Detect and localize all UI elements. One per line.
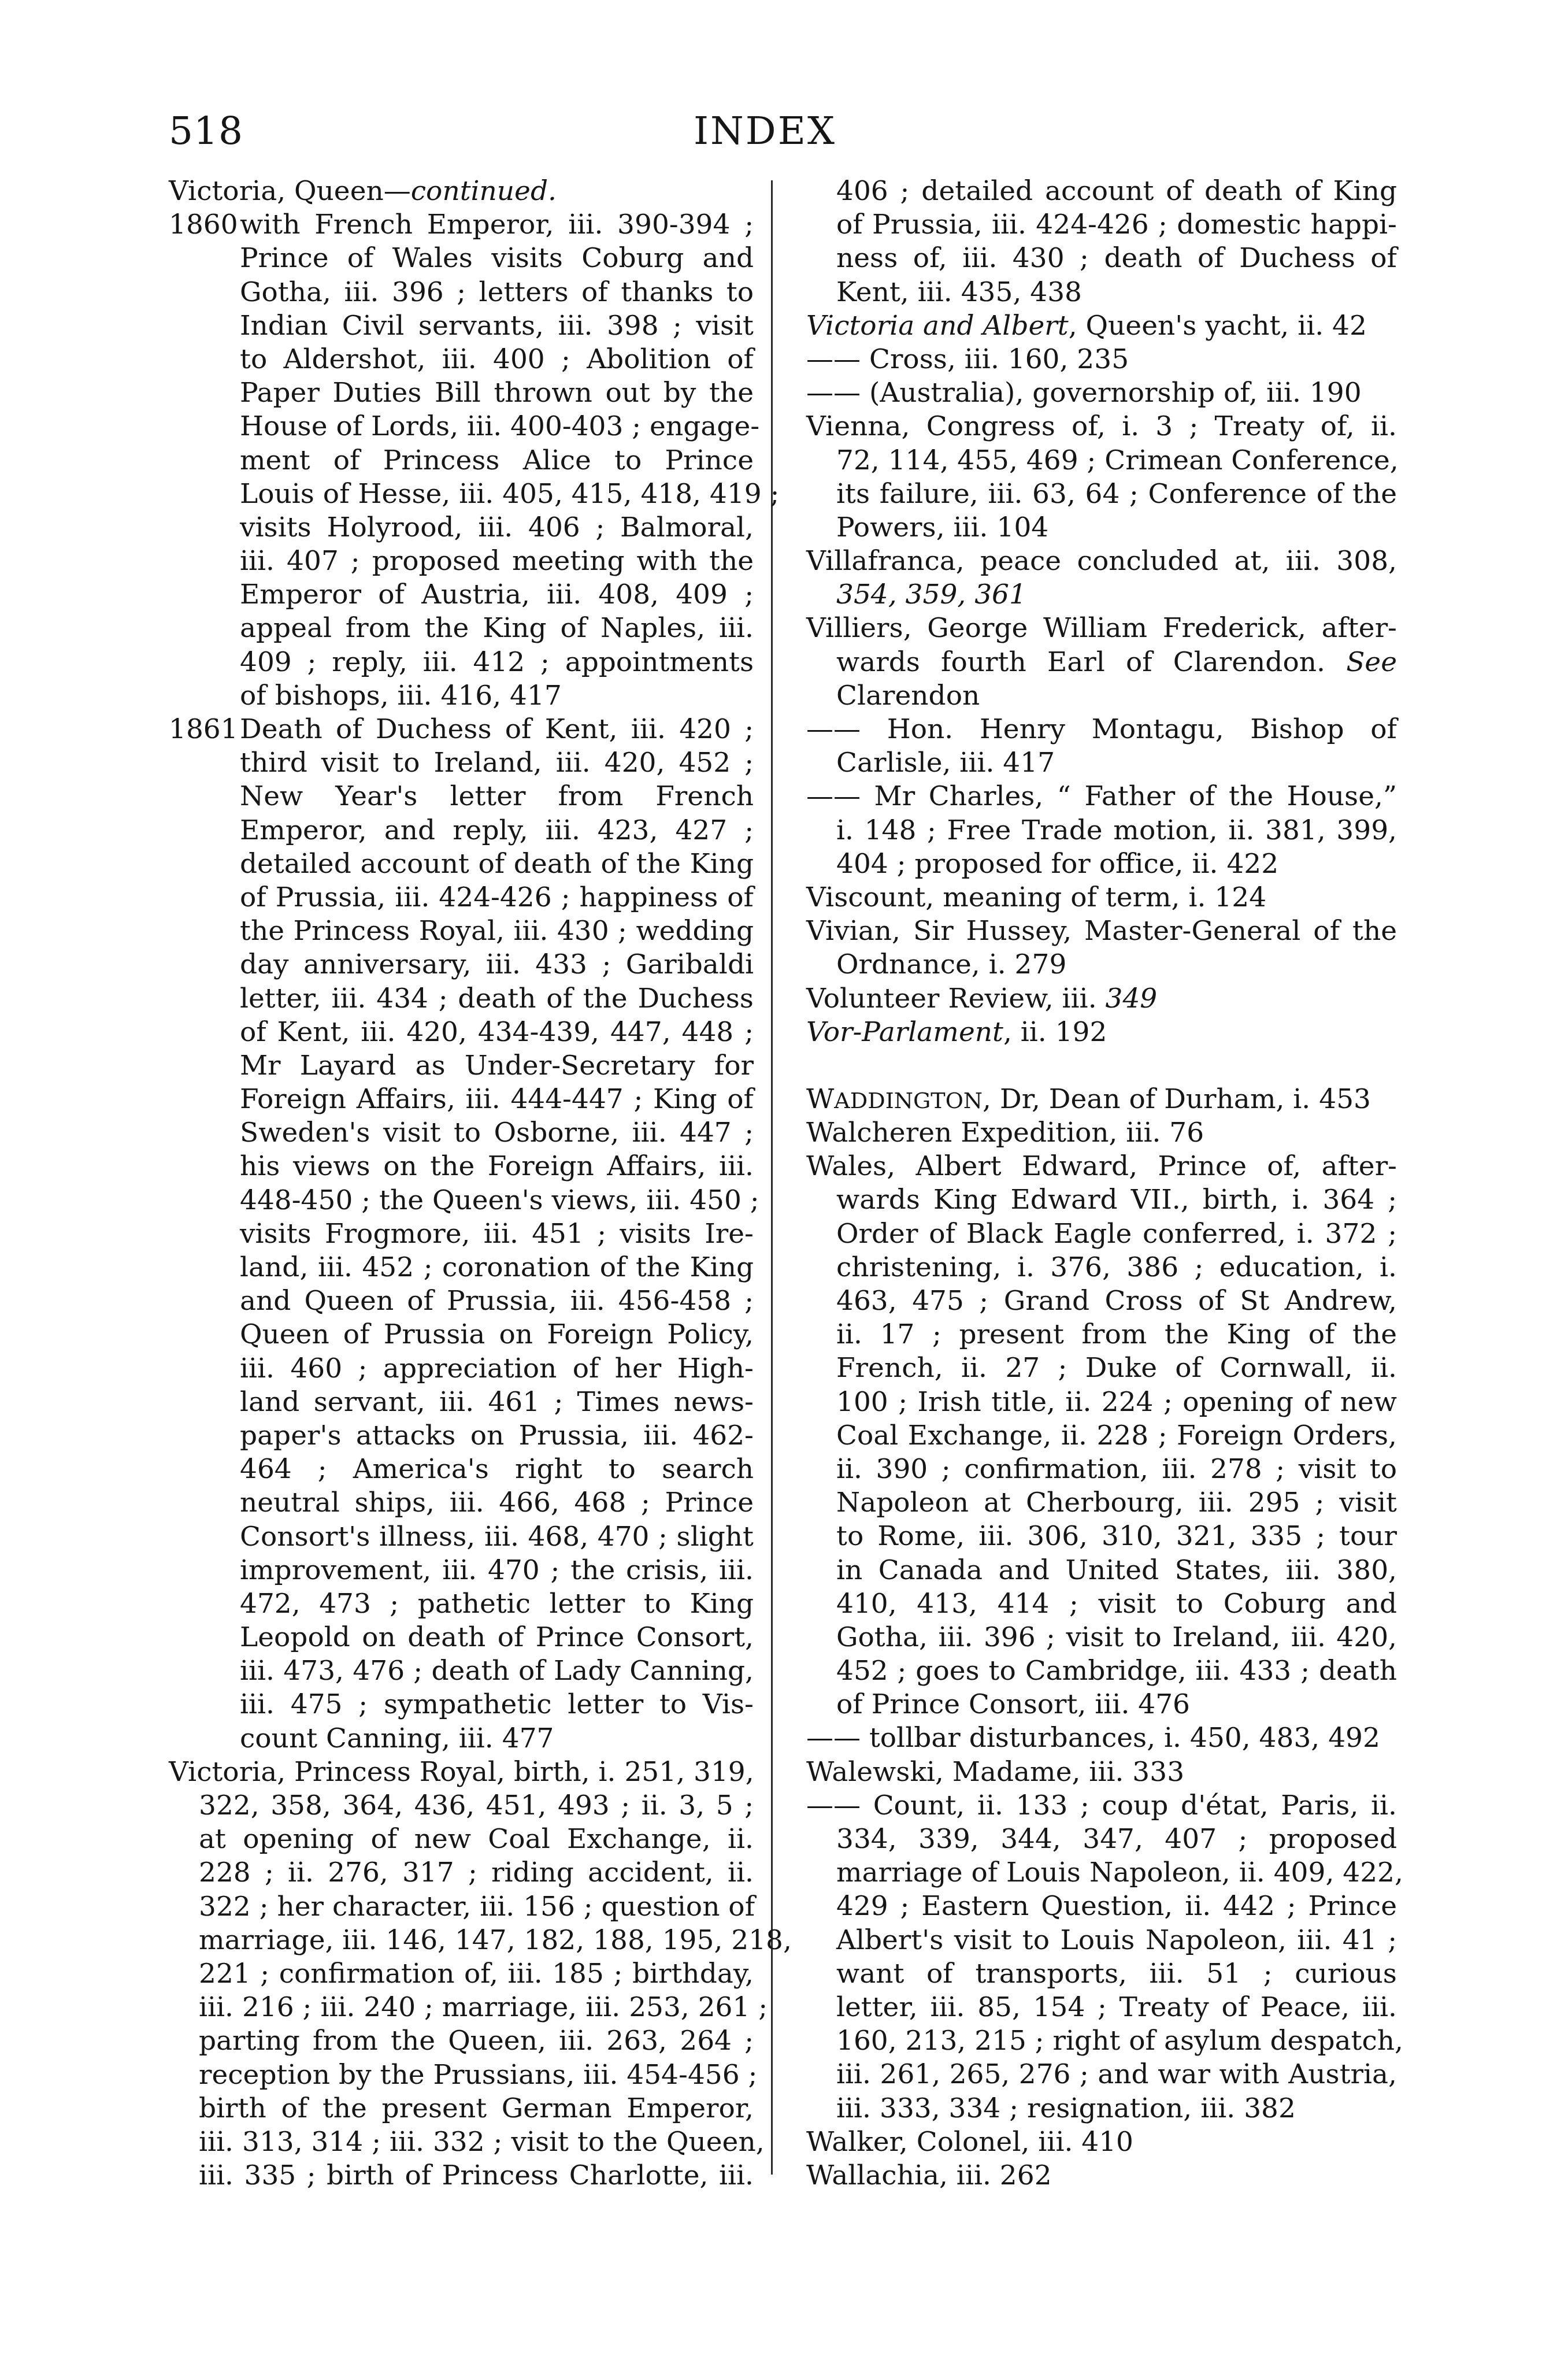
entry-sub-australia: —— (Australia), governorship of, iii. 19… <box>806 376 1397 410</box>
index-line: in Canada and United States, iii. 380, <box>806 1554 1397 1587</box>
index-line: 354, 359, 361 <box>806 578 1397 612</box>
index-line: to Aldershot, iii. 400 ; Abolition of <box>169 343 754 376</box>
index-line: of Prussia, iii. 424-426 ; happiness of <box>169 881 754 914</box>
index-line: of Prince Consort, iii. 476 <box>806 1688 1397 1721</box>
entry-vivian: Vivian, Sir Hussey, Master-General of th… <box>806 914 1397 948</box>
index-line: count Canning, iii. 477 <box>169 1722 754 1755</box>
index-line: Mr Layard as Under-Secretary for <box>169 1049 754 1083</box>
index-line: 463, 475 ; Grand Cross of St Andrew, <box>806 1284 1397 1318</box>
index-line: wards King Edward VII., birth, i. 364 ; <box>806 1183 1397 1217</box>
index-line: Ordnance, i. 279 <box>806 948 1397 982</box>
index-line: 228 ; ii. 276, 317 ; riding accident, ii… <box>169 1856 754 1890</box>
index-line: marriage, iii. 146, 147, 182, 188, 195, … <box>169 1924 754 1957</box>
index-line: letter, iii. 434 ; death of the Duchess <box>169 982 754 1016</box>
index-line: Consort's illness, iii. 468, 470 ; sligh… <box>169 1520 754 1554</box>
index-line: Powers, iii. 104 <box>806 511 1397 545</box>
entry-sub-mr-charles: —— Mr Charles, “ Father of the House,” <box>806 780 1397 813</box>
entry-walker: Walker, Colonel, iii. 410 <box>806 2125 1397 2159</box>
index-line: House of Lords, iii. 400-403 ; engage- <box>169 410 754 443</box>
index-line: 100 ; Irish title, ii. 224 ; opening of … <box>806 1386 1397 1419</box>
entry-walewski-madame: Walewski, Madame, iii. 333 <box>806 1755 1397 1789</box>
index-line: iii. 333, 334 ; resignation, iii. 382 <box>806 2092 1397 2125</box>
entry-victoria-and-albert: Victoria and Albert, Queen's yacht, ii. … <box>806 309 1397 343</box>
index-line: Paper Duties Bill thrown out by the <box>169 376 754 410</box>
entry-sub-henry-montagu: —— Hon. Henry Montagu, Bishop of <box>806 713 1397 746</box>
index-line: appeal from the King of Naples, iii. <box>169 612 754 645</box>
index-line: third visit to Ireland, iii. 420, 452 ; <box>169 746 754 780</box>
index-line: Queen of Prussia on Foreign Policy, <box>169 1318 754 1351</box>
index-line: letter, iii. 85, 154 ; Treaty of Peace, … <box>806 1991 1397 2024</box>
index-line: ment of Princess Alice to Prince <box>169 444 754 477</box>
index-line: his views on the Foreign Affairs, iii. <box>169 1150 754 1183</box>
index-line: visits Holyrood, iii. 406 ; Balmoral, <box>169 511 754 545</box>
index-line: 464 ; America's right to search <box>169 1453 754 1486</box>
index-line: marriage of Louis Napoleon, ii. 409, 422… <box>806 1856 1397 1890</box>
index-line: Prince of Wales visits Coburg and <box>169 242 754 275</box>
index-line: 160, 213, 215 ; right of asylum despatch… <box>806 2024 1397 2058</box>
entry-villafranca: Villafranca, peace concluded at, iii. 30… <box>806 545 1397 578</box>
entry-walcheren: Walcheren Expedition, iii. 76 <box>806 1116 1397 1150</box>
entry-wales: Wales, Albert Edward, Prince of, after- <box>806 1150 1397 1183</box>
right-column: 406 ; detailed account of death of King … <box>806 175 1397 2192</box>
index-line: Coal Exchange, ii. 228 ; Foreign Orders, <box>806 1419 1397 1453</box>
index-line: parting from the Queen, iii. 263, 264 ; <box>169 2024 754 2058</box>
year-1861-line: 1861Death of Duchess of Kent, iii. 420 ; <box>169 713 754 746</box>
index-line: at opening of new Coal Exchange, ii. <box>169 1823 754 1856</box>
index-line: of Kent, iii. 420, 434-439, 447, 448 ; <box>169 1016 754 1049</box>
index-line: want of transports, iii. 51 ; curious <box>806 1957 1397 1991</box>
index-line: 448-450 ; the Queen's views, iii. 450 ; <box>169 1184 754 1217</box>
index-line: improvement, iii. 470 ; the crisis, iii. <box>169 1554 754 1587</box>
index-line: Indian Civil servants, iii. 398 ; visit <box>169 309 754 343</box>
index-line: iii. 475 ; sympathetic letter to Vis- <box>169 1688 754 1721</box>
index-line: land servant, iii. 461 ; Times news- <box>169 1386 754 1419</box>
entry-vienna: Vienna, Congress of, i. 3 ; Treaty of, i… <box>806 410 1397 443</box>
index-line: 322, 358, 364, 436, 451, 493 ; ii. 3, 5 … <box>169 1789 754 1823</box>
index-line: Emperor, and reply, iii. 423, 427 ; <box>169 814 754 847</box>
index-line: Sweden's visit to Osborne, iii. 447 ; <box>169 1116 754 1150</box>
entry-wallachia: Wallachia, iii. 262 <box>806 2159 1397 2192</box>
entry-viscount: Viscount, meaning of term, i. 124 <box>806 881 1397 914</box>
index-line: neutral ships, iii. 466, 468 ; Prince <box>169 1486 754 1520</box>
index-line: Foreign Affairs, iii. 444-447 ; King of <box>169 1083 754 1116</box>
index-line: birth of the present German Emperor, <box>169 2092 754 2125</box>
index-line: 221 ; confirmation of, iii. 185 ; birthd… <box>169 1957 754 1991</box>
index-line: iii. 335 ; birth of Princess Charlotte, … <box>169 2159 754 2192</box>
index-line: Napoleon at Cherbourg, iii. 295 ; visit <box>806 1486 1397 1520</box>
index-line: 334, 339, 344, 347, 407 ; proposed <box>806 1823 1397 1856</box>
index-line: 452 ; goes to Cambridge, iii. 433 ; deat… <box>806 1654 1397 1688</box>
index-line: of bishops, iii. 416, 417 <box>169 679 754 713</box>
index-line: iii. 473, 476 ; death of Lady Canning, <box>169 1654 754 1688</box>
entry-vor-parlament: Vor-Parlament, ii. 192 <box>806 1016 1397 1049</box>
index-line: Gotha, iii. 396 ; visit to Ireland, iii.… <box>806 1621 1397 1654</box>
year-1860-line: 1860with French Emperor, iii. 390-394 ; <box>169 208 754 242</box>
index-line: and Queen of Prussia, iii. 456-458 ; <box>169 1284 754 1318</box>
entry-sub-cross: —— Cross, iii. 160, 235 <box>806 343 1397 376</box>
year-label: 1860 <box>169 208 240 242</box>
index-line: reception by the Prussians, iii. 454-456… <box>169 2058 754 2092</box>
index-line: Albert's visit to Louis Napoleon, iii. 4… <box>806 1924 1397 1957</box>
see-reference: See <box>1346 646 1397 678</box>
index-line: iii. 216 ; iii. 240 ; marriage, iii. 253… <box>169 1991 754 2024</box>
section-gap <box>806 1049 1397 1083</box>
left-column: Victoria, Queen—continued. 1860with Fren… <box>169 175 754 2192</box>
page-number: 518 <box>169 109 243 153</box>
entry-villiers: Villiers, George William Frederick, afte… <box>806 612 1397 645</box>
index-line: the Princess Royal, iii. 430 ; wedding <box>169 914 754 948</box>
entry-sub-walewski-count: —— Count, ii. 133 ; coup d'état, Paris, … <box>806 1789 1397 1823</box>
index-line: 409 ; reply, iii. 412 ; appointments <box>169 646 754 679</box>
entry-heading-princess-royal: Victoria, Princess Royal, birth, i. 251,… <box>169 1755 754 1789</box>
index-line: iii. 261, 265, 276 ; and war with Austri… <box>806 2058 1397 2091</box>
index-line: 472, 473 ; pathetic letter to King <box>169 1587 754 1621</box>
index-line: Order of Black Eagle conferred, i. 372 ; <box>806 1217 1397 1251</box>
index-line: land, iii. 452 ; coronation of the King <box>169 1251 754 1284</box>
index-line: 322 ; her character, iii. 156 ; question… <box>169 1890 754 1924</box>
index-line: New Year's letter from French <box>169 780 754 813</box>
index-line: iii. 313, 314 ; iii. 332 ; visit to the … <box>169 2125 754 2159</box>
index-line: ii. 17 ; present from the King of the <box>806 1318 1397 1351</box>
entry-heading-victoria-queen: Victoria, Queen—continued. <box>169 175 754 208</box>
index-line: ness of, iii. 430 ; death of Duchess of <box>806 242 1397 275</box>
index-line: 429 ; Eastern Question, ii. 442 ; Prince <box>806 1890 1397 1923</box>
index-line: Carlisle, iii. 417 <box>806 746 1397 780</box>
entry-sub-tollbar: —— tollbar disturbances, i. 450, 483, 49… <box>806 1721 1397 1755</box>
index-line: Clarendon <box>806 679 1397 713</box>
index-line: ii. 390 ; confirmation, iii. 278 ; visit… <box>806 1453 1397 1486</box>
index-line: iii. 460 ; appreciation of her High- <box>169 1352 754 1386</box>
index-line: French, ii. 27 ; Duke of Cornwall, ii. <box>806 1351 1397 1385</box>
index-line: i. 148 ; Free Trade motion, ii. 381, 399… <box>806 814 1397 847</box>
index-line: 410, 413, 414 ; visit to Coburg and <box>806 1587 1397 1621</box>
entry-waddington: WADDINGTON, Dr, Dean of Durham, i. 453 <box>806 1083 1397 1116</box>
index-line: paper's attacks on Prussia, iii. 462- <box>169 1419 754 1453</box>
index-line: 72, 114, 455, 469 ; Crimean Conference, <box>806 444 1397 477</box>
index-line: 406 ; detailed account of death of King <box>806 175 1397 208</box>
entry-volunteer-review: Volunteer Review, iii. 349 <box>806 982 1397 1016</box>
index-line: iii. 407 ; proposed meeting with the <box>169 545 754 578</box>
index-line: its failure, iii. 63, 64 ; Conference of… <box>806 477 1397 511</box>
index-line: wards fourth Earl of Clarendon. See <box>806 646 1397 679</box>
index-line: Gotha, iii. 396 ; letters of thanks to <box>169 276 754 309</box>
index-line: Louis of Hesse, iii. 405, 415, 418, 419 … <box>169 477 754 511</box>
index-line: to Rome, iii. 306, 310, 321, 335 ; tour <box>806 1520 1397 1553</box>
index-line: detailed account of death of the King <box>169 847 754 881</box>
year-label: 1861 <box>169 713 240 746</box>
index-line: 404 ; proposed for office, ii. 422 <box>806 847 1397 881</box>
index-line: christening, i. 376, 386 ; education, i. <box>806 1251 1397 1284</box>
index-line: Emperor of Austria, iii. 408, 409 ; <box>169 578 754 612</box>
index-line: day anniversary, iii. 433 ; Garibaldi <box>169 948 754 982</box>
index-line: of Prussia, iii. 424-426 ; domestic happ… <box>806 208 1397 242</box>
index-line: visits Frogmore, iii. 451 ; visits Ire- <box>169 1217 754 1251</box>
running-head: INDEX <box>694 109 836 153</box>
index-line: Kent, iii. 435, 438 <box>806 276 1397 309</box>
index-line: Leopold on death of Prince Consort, <box>169 1621 754 1654</box>
